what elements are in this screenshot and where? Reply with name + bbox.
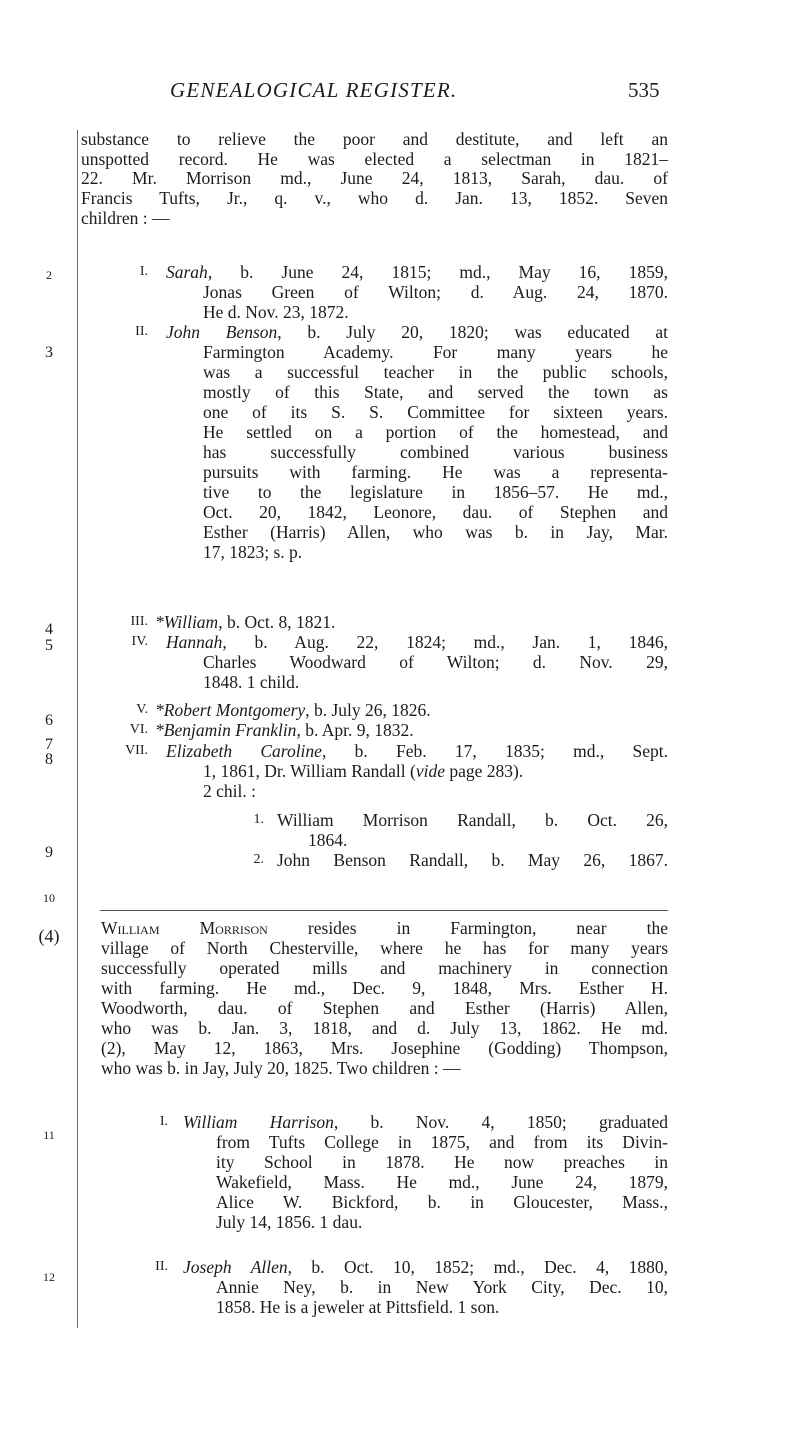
text-line: John Benson Randall, b. May 26, 1867. [277,850,668,870]
text-line: from Tufts College in 1875, and from its… [216,1132,668,1152]
text-line: 22. Mr. Morrison md., June 24, 1813, Sar… [81,168,668,188]
roman-numeral: VII. [104,741,148,761]
text-line: successfully operated mills and machiner… [101,958,668,978]
roman-numeral: IV. [104,632,148,652]
text-line: Farmington Academy. For many years he [203,342,668,362]
person-name: *Benjamin Franklin [155,720,296,740]
margin-number: 11 [36,1128,62,1143]
text-line: unspotted record. He was elected a selec… [81,149,668,169]
section-divider [100,910,668,911]
text-line: 1848. 1 child. [203,672,668,692]
text-line: ity School in 1878. He now preaches in [216,1152,668,1172]
entry-first-line: William Harrison, b. Nov. 4, 1850; gradu… [183,1112,668,1132]
book-page: GENEALOGICAL REGISTER. 535 2 3 4 5 6 7 8… [0,0,791,1449]
roman-numeral: III. [104,612,148,632]
text-line: July 14, 1856. 1 dau. [216,1212,668,1232]
text-line: 2 chil. : [203,781,668,801]
text-line: with farming. He md., Dec. 9, 1848, Mrs.… [101,978,668,998]
person-name: William Harrison [183,1112,334,1132]
person-name: John Benson [166,322,277,342]
margin-rule [77,130,78,1328]
roman-numeral: V. [104,700,148,720]
person-name: Elizabeth Caroline [166,741,322,761]
text-line: 17, 1823; s. p. [203,542,668,562]
text-line: village of North Chesterville, where he … [101,938,668,958]
text-line: 1864. [308,830,668,850]
running-header-title: GENEALOGICAL REGISTER. [170,78,457,103]
margin-number: 5 [36,637,62,655]
text-line: He d. Nov. 23, 1872. [203,302,668,322]
text-line: Esther (Harris) Allen, who was b. in Jay… [203,522,668,542]
margin-number: 12 [36,1270,62,1285]
text-line: Oct. 20, 1842, Leonore, dau. of Stephen … [203,502,668,522]
person-name: William Morrison [101,918,268,938]
text-line: Wakefield, Mass. He md., June 24, 1879, [216,1172,668,1192]
entry-first-line: Hannah, b. Aug. 22, 1824; md., Jan. 1, 1… [166,632,668,652]
text-line: Jonas Green of Wilton; d. Aug. 24, 1870. [203,282,668,302]
text-line: Charles Woodward of Wilton; d. Nov. 29, [203,652,668,672]
grandchild-number: 1. [218,810,264,830]
text-line: mostly of this State, and served the tow… [203,382,668,402]
text-line: Annie Ney, b. in New York City, Dec. 10, [216,1277,668,1297]
person-name: *William [155,612,218,632]
entry-first-line: John Benson, b. July 20, 1820; was educa… [166,322,668,342]
entry-first-line: Elizabeth Caroline, b. Feb. 17, 1835; md… [166,741,668,761]
person-name: *Robert Montgomery [155,700,305,720]
text-line: (2), May 12, 1863, Mrs. Josephine (Goddi… [101,1038,668,1058]
text-line: has successfully combined various busine… [203,442,668,462]
text-line: one of its S. S. Committee for sixteen y… [203,402,668,422]
margin-number: (4) [36,926,62,947]
text-line: who was b. Jan. 3, 1818, and d. July 13,… [101,1018,668,1038]
entry-first-line: Joseph Allen, b. Oct. 10, 1852; md., Dec… [183,1257,668,1277]
text-line: substance to relieve the poor and destit… [81,129,668,149]
person-name: Sarah [166,262,208,282]
entry-first-line: Sarah, b. June 24, 1815; md., May 16, 18… [166,262,668,282]
entry-first-line: *William, b. Oct. 8, 1821. [155,612,668,632]
text-line: Francis Tufts, Jr., q. v., who d. Jan. 1… [81,188,668,208]
margin-number: 8 [36,751,62,769]
text-line: tive to the legislature in 1856–57. He m… [203,482,668,502]
roman-numeral: II. [124,1257,168,1277]
entry-first-line: William Morrison resides in Farmington, … [101,918,668,938]
margin-number: 9 [36,844,62,862]
roman-numeral: I. [104,262,148,282]
roman-numeral: I. [124,1112,168,1132]
text-line: 1, 1861, Dr. William Randall (vide page … [203,761,668,781]
page-number: 535 [628,78,660,103]
text-line: pursuits with farming. He was a represen… [203,462,668,482]
text-line: children : — [81,208,668,228]
text-line: He settled on a portion of the homestead… [203,422,668,442]
person-name: Hannah [166,632,222,652]
margin-number: 10 [36,891,62,906]
text-line: 1858. He is a jeweler at Pittsfield. 1 s… [216,1297,668,1317]
roman-numeral: VI. [104,720,148,740]
grandchild-number: 2. [218,850,264,870]
person-name: Joseph Allen [183,1257,288,1277]
margin-number: 2 [36,268,62,283]
entry-first-line: *Robert Montgomery, b. July 26, 1826. [155,700,668,720]
text-line: was a successful teacher in the public s… [203,362,668,382]
text-line: Alice W. Bickford, b. in Gloucester, Mas… [216,1192,668,1212]
roman-numeral: II. [104,322,148,342]
text-line: who was b. in Jay, July 20, 1825. Two ch… [101,1058,668,1078]
margin-number: 3 [36,344,62,362]
text-line: Woodworth, dau. of Stephen and Esther (H… [101,998,668,1018]
entry-first-line: *Benjamin Franklin, b. Apr. 9, 1832. [155,720,668,740]
text-line: William Morrison Randall, b. Oct. 26, [277,810,668,830]
margin-number: 6 [36,712,62,730]
